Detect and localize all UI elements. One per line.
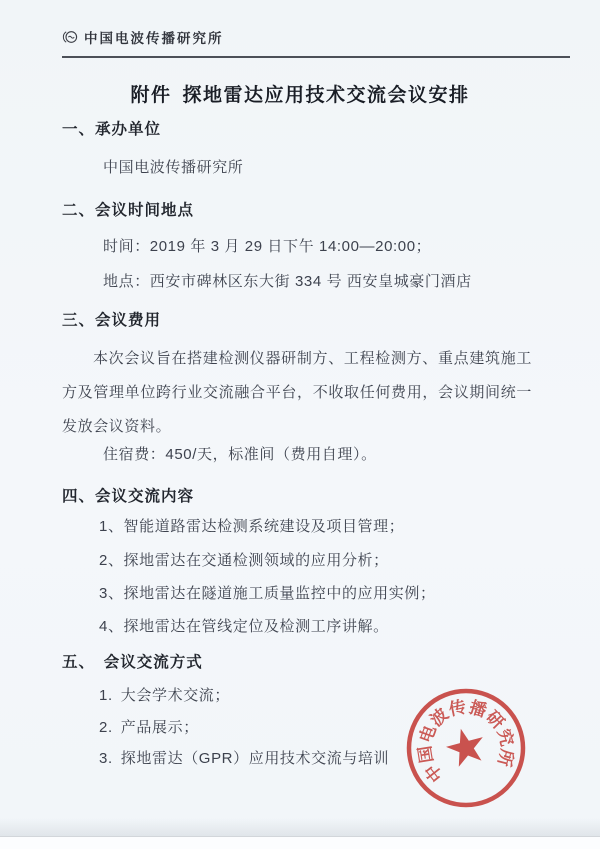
svg-text:国: 国 (415, 744, 436, 764)
agenda-item-4: 4、探地雷达在管线定位及检测工序讲解。 (99, 615, 389, 636)
section-4-heading: 四、会议交流内容 (62, 484, 194, 506)
exchange-mode-3: 3. 探地雷达（GPR）应用技术交流与培训 (99, 747, 389, 768)
organizer-name: 中国电波传播研究所 (103, 156, 243, 177)
page-bottom-shadow (0, 818, 600, 836)
svg-text:所: 所 (494, 747, 518, 768)
official-seal: 中国电波传播研究所 (391, 673, 541, 823)
seal-star-icon (446, 729, 483, 767)
document-title: 附件 探地雷达应用技术交流会议安排 (0, 80, 600, 107)
section-5-heading: 五、 会议交流方式 (62, 650, 203, 672)
section-3-heading: 三、会议费用 (62, 308, 161, 330)
agenda-item-3: 3、探地雷达在隧道施工质量监控中的应用实例； (99, 582, 436, 603)
org-logo-icon (61, 29, 79, 45)
meeting-place-line: 地点：西安市碑林区东大街 334 号 西安皇城豪门酒店 (103, 270, 472, 291)
header-rule (62, 56, 570, 58)
fee-paragraph: 本次会议旨在搭建检测仪器研制方、工程检测方、重点建筑施工方及管理单位跨行业交流融… (62, 342, 532, 444)
section-2-heading: 二、会议时间地点 (62, 198, 194, 220)
lodging-fee-line: 住宿费：450/天，标准间（费用自理）。 (103, 443, 377, 464)
svg-text:究: 究 (494, 727, 518, 749)
agenda-item-1: 1、智能道路雷达检测系统建设及项目管理； (99, 515, 404, 536)
meeting-time-line: 时间：2019 年 3 月 29 日下午 14:00—20:00； (103, 235, 431, 256)
svg-text:中: 中 (421, 760, 447, 786)
letterhead-org-name: 中国电波传播研究所 (84, 27, 224, 47)
page-bottom-edge (0, 836, 600, 849)
letterhead: 中国电波传播研究所 (61, 27, 224, 47)
document-page: 中国电波传播研究所 附件 探地雷达应用技术交流会议安排 一、承办单位 中国电波传… (0, 0, 600, 849)
agenda-item-2: 2、探地雷达在交通检测领域的应用分析； (99, 549, 389, 570)
section-1-heading: 一、承办单位 (62, 117, 161, 139)
exchange-mode-1: 1. 大会学术交流； (99, 684, 230, 705)
exchange-mode-2: 2. 产品展示； (99, 716, 199, 737)
